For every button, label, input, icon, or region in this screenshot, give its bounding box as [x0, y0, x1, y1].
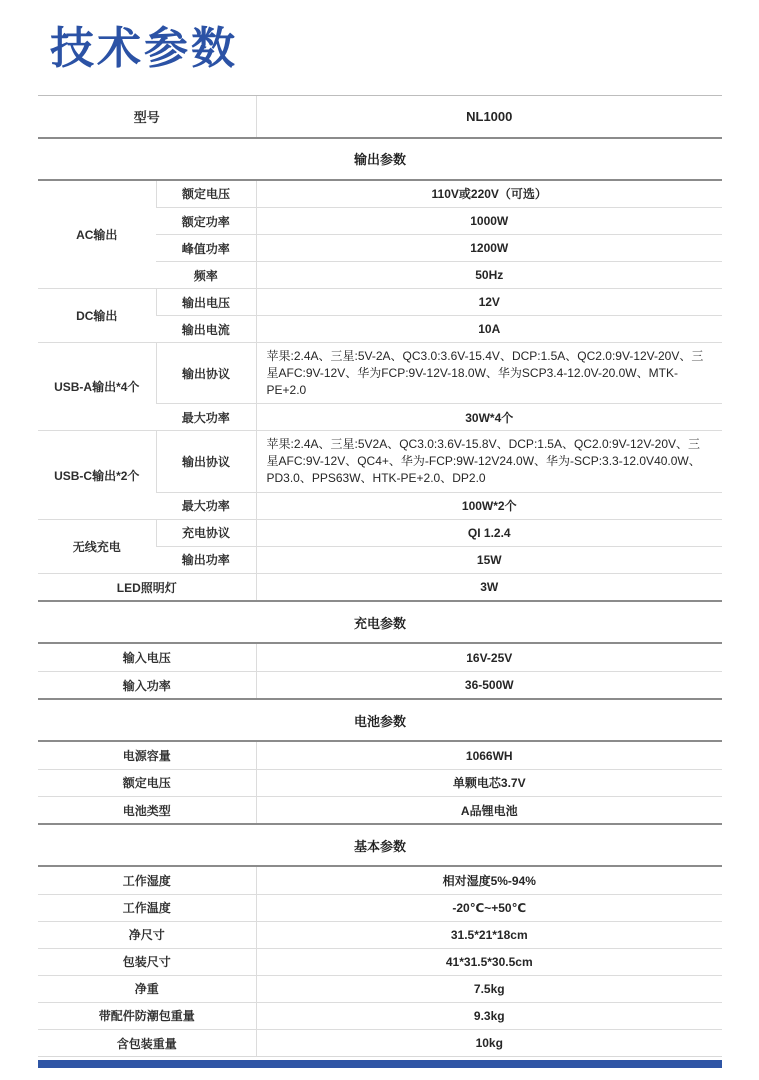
spec-table: 电源容量1066WH额定电压单颗电芯3.7V电池类型A品锂电池 — [38, 742, 722, 823]
param-label-cell: 充电协议 — [156, 519, 256, 546]
spec-row: USB-C输出*2个输出协议苹果:2.4A、三星:5V2A、QC3.0:3.6V… — [38, 431, 722, 492]
section-header: 输出参数 — [38, 139, 722, 179]
param-label-cell: 净尺寸 — [38, 921, 256, 948]
spec-row: 工作温度-20℃~+50℃ — [38, 894, 722, 921]
group-name-cell: DC输出 — [38, 289, 156, 343]
param-value-cell: 100W*2个 — [256, 492, 722, 519]
param-label-cell: 额定电压 — [38, 769, 256, 796]
param-label-cell: 最大功率 — [156, 492, 256, 519]
param-value-cell: 31.5*21*18cm — [256, 921, 722, 948]
param-label-cell: 工作温度 — [38, 894, 256, 921]
spec-sheet-page: 技术参数 型号 NL1000 输出参数AC输出额定电压110V或220V（可选）… — [0, 0, 759, 1068]
param-value-cell: 15W — [256, 546, 722, 573]
section-header: 基本参数 — [38, 825, 722, 865]
param-value-cell: 1000W — [256, 208, 722, 235]
param-value-cell: 苹果:2.4A、三星:5V-2A、QC3.0:3.6V-15.4V、DCP:1.… — [256, 343, 722, 404]
param-label-cell: 频率 — [156, 262, 256, 289]
spec-row: AC输出额定电压110V或220V（可选） — [38, 181, 722, 208]
param-label-cell: 输入功率 — [38, 671, 256, 698]
param-value-cell: 50Hz — [256, 262, 722, 289]
param-label-cell: 包装尺寸 — [38, 948, 256, 975]
model-table: 型号 NL1000 — [38, 96, 722, 137]
param-label-cell: LED照明灯 — [38, 573, 256, 600]
spec-row: 工作湿度相对湿度5%-94% — [38, 867, 722, 894]
param-label-cell: 输出协议 — [156, 431, 256, 492]
spec-table: 工作湿度相对湿度5%-94%工作温度-20℃~+50℃净尺寸31.5*21*18… — [38, 867, 722, 1056]
spec-row: LED照明灯3W — [38, 573, 722, 600]
param-value-cell: 7.5kg — [256, 975, 722, 1002]
param-label-cell: 电池类型 — [38, 796, 256, 823]
param-label-cell: 最大功率 — [156, 404, 256, 431]
param-label-cell: 工作湿度 — [38, 867, 256, 894]
param-value-cell: 苹果:2.4A、三星:5V2A、QC3.0:3.6V-15.8V、DCP:1.5… — [256, 431, 722, 492]
spec-block: 输入电压16V-25V输入功率36-500W — [38, 642, 722, 700]
group-name-cell: USB-C输出*2个 — [38, 431, 156, 519]
param-label-cell: 额定电压 — [156, 181, 256, 208]
param-label-cell: 输出功率 — [156, 546, 256, 573]
param-value-cell: 12V — [256, 289, 722, 316]
param-label-cell: 额定功率 — [156, 208, 256, 235]
spec-row: 输入功率36-500W — [38, 671, 722, 698]
spec-row: 净重7.5kg — [38, 975, 722, 1002]
param-value-cell: 相对湿度5%-94% — [256, 867, 722, 894]
spec-row: DC输出输出电压12V — [38, 289, 722, 316]
spec-row: 含包装重量10kg — [38, 1029, 722, 1056]
section-header: 电池参数 — [38, 700, 722, 740]
spec-row: 无线充电充电协议QI 1.2.4 — [38, 519, 722, 546]
param-value-cell: 41*31.5*30.5cm — [256, 948, 722, 975]
param-value-cell: 单颗电芯3.7V — [256, 769, 722, 796]
param-value-cell: A品锂电池 — [256, 796, 722, 823]
model-block: 型号 NL1000 — [38, 95, 722, 139]
param-value-cell: 1066WH — [256, 742, 722, 769]
bottom-accent-bar — [38, 1060, 722, 1068]
param-value-cell: 16V-25V — [256, 644, 722, 671]
param-value-cell: QI 1.2.4 — [256, 519, 722, 546]
group-name-cell: 无线充电 — [38, 519, 156, 573]
param-label-cell: 输入电压 — [38, 644, 256, 671]
param-value-cell: 10kg — [256, 1029, 722, 1056]
spec-block: 电源容量1066WH额定电压单颗电芯3.7V电池类型A品锂电池 — [38, 740, 722, 825]
spec-table: AC输出额定电压110V或220V（可选）额定功率1000W峰值功率1200W频… — [38, 181, 722, 601]
spec-row: USB-A输出*4个输出协议苹果:2.4A、三星:5V-2A、QC3.0:3.6… — [38, 343, 722, 404]
group-name-cell: USB-A输出*4个 — [38, 343, 156, 431]
spec-row: 电源容量1066WH — [38, 742, 722, 769]
page-title: 技术参数 — [50, 24, 722, 75]
spec-row: 额定电压单颗电芯3.7V — [38, 769, 722, 796]
spec-row: 输入电压16V-25V — [38, 644, 722, 671]
spec-sections: 输出参数AC输出额定电压110V或220V（可选）额定功率1000W峰值功率12… — [38, 139, 722, 1058]
param-label-cell: 净重 — [38, 975, 256, 1002]
model-value-cell: NL1000 — [256, 96, 722, 137]
spec-row: 电池类型A品锂电池 — [38, 796, 722, 823]
param-label-cell: 输出电流 — [156, 316, 256, 343]
param-label-cell: 含包装重量 — [38, 1029, 256, 1056]
spec-tables-area: 型号 NL1000 输出参数AC输出额定电压110V或220V（可选）额定功率1… — [38, 95, 722, 1069]
param-label-cell: 电源容量 — [38, 742, 256, 769]
param-label-cell: 输出协议 — [156, 343, 256, 404]
param-label-cell: 峰值功率 — [156, 235, 256, 262]
param-value-cell: 10A — [256, 316, 722, 343]
param-value-cell: 9.3kg — [256, 1002, 722, 1029]
param-value-cell: 30W*4个 — [256, 404, 722, 431]
param-value-cell: -20℃~+50℃ — [256, 894, 722, 921]
param-label-cell: 输出电压 — [156, 289, 256, 316]
param-value-cell: 36-500W — [256, 671, 722, 698]
param-value-cell: 3W — [256, 573, 722, 600]
spec-table: 输入电压16V-25V输入功率36-500W — [38, 644, 722, 698]
spec-block: AC输出额定电压110V或220V（可选）额定功率1000W峰值功率1200W频… — [38, 179, 722, 603]
param-value-cell: 1200W — [256, 235, 722, 262]
section-header: 充电参数 — [38, 602, 722, 642]
model-label-cell: 型号 — [38, 96, 256, 137]
spec-block: 工作湿度相对湿度5%-94%工作温度-20℃~+50℃净尺寸31.5*21*18… — [38, 865, 722, 1057]
group-name-cell: AC输出 — [38, 181, 156, 289]
spec-row: 净尺寸31.5*21*18cm — [38, 921, 722, 948]
param-label-cell: 带配件防潮包重量 — [38, 1002, 256, 1029]
spec-row: 带配件防潮包重量9.3kg — [38, 1002, 722, 1029]
model-row: 型号 NL1000 — [38, 96, 722, 137]
param-value-cell: 110V或220V（可选） — [256, 181, 722, 208]
spec-row: 包装尺寸41*31.5*30.5cm — [38, 948, 722, 975]
